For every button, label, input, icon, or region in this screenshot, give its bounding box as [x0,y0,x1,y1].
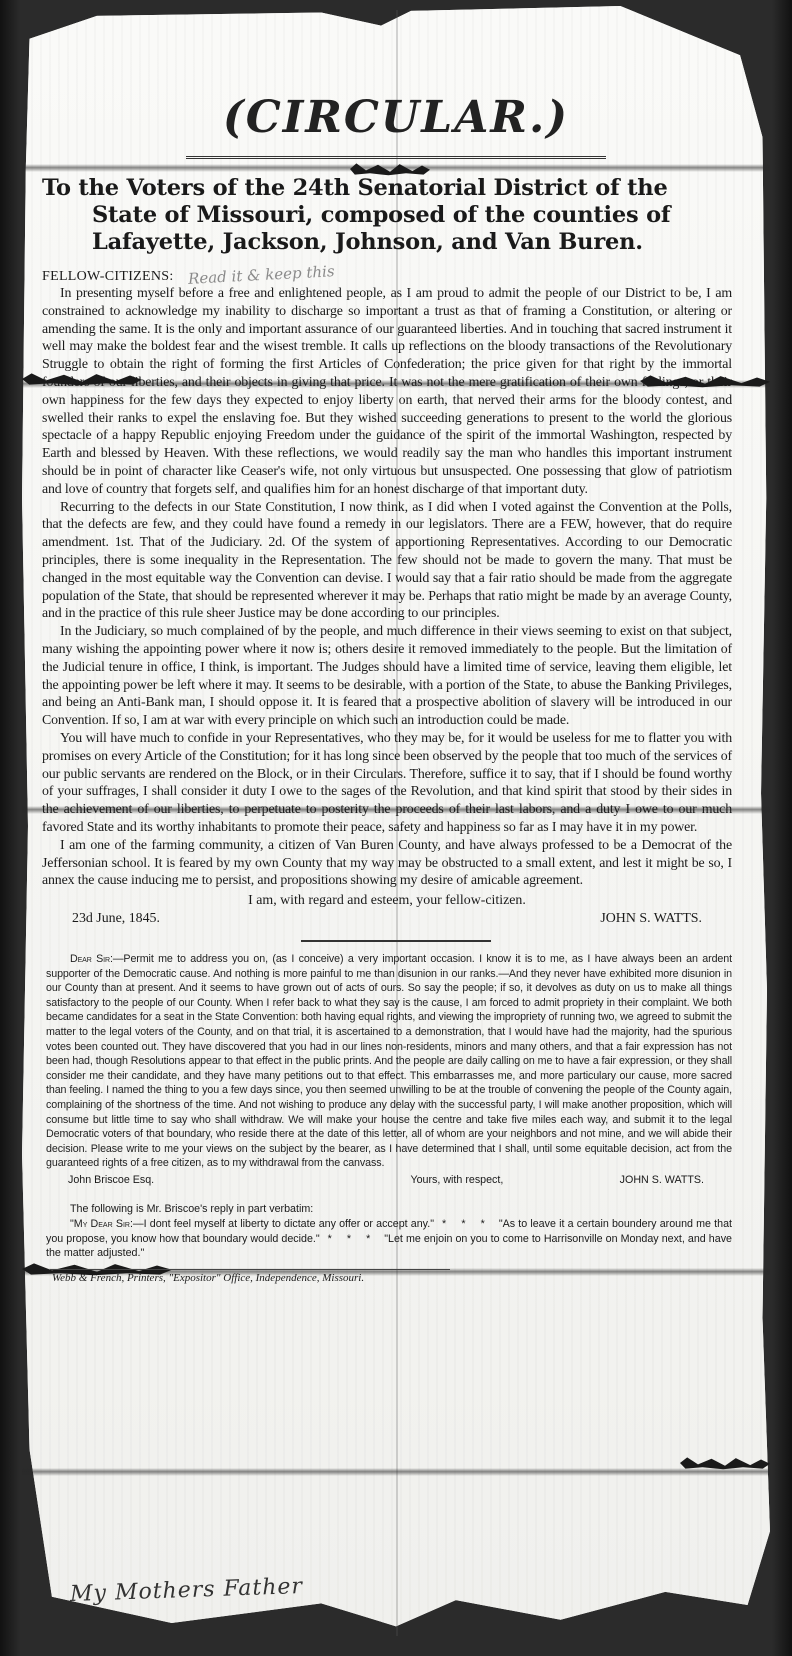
letter-addressee: John Briscoe Esq. [68,1173,154,1188]
circular-document: (CIRCULAR.) To the Voters of the 24th Se… [60,88,732,1284]
letter-body: —Permit me to address you on, (as I conc… [46,953,732,1169]
signature: JOHN S. WATTS. [600,910,702,928]
salutation-row: FELLOW-CITIZENS: Read it & keep this [42,266,732,285]
briscoe-reply: "My Dear Sir:—I dont feel myself at libe… [46,1217,732,1261]
letter-valediction: Yours, with respect, [410,1173,503,1188]
paragraph-intro: In presenting myself before a free and e… [42,285,732,499]
printer-rule [50,1269,450,1270]
letter-signature-row: John Briscoe Esq. Yours, with respect, J… [68,1173,704,1188]
title-rule [186,156,606,161]
reply-salutation: "My Dear Sir: [70,1218,133,1230]
letter-salutation: Dear Sir: [70,953,113,965]
ellipsis-stars: * * * [320,1233,385,1245]
document-title: (CIRCULAR.) [60,88,732,148]
headline: To the Voters of the 24th Senatorial Dis… [42,175,732,256]
ellipsis-stars: * * * [434,1218,499,1230]
reply-part-1: —I dont feel myself at liberty to dictat… [133,1218,434,1230]
handwritten-margin-note: Read it & keep this [187,262,334,288]
paragraph-judiciary: In the Judiciary, so much complained of … [42,623,732,730]
date: 23d June, 1845. [72,910,160,928]
section-rule [301,940,491,942]
printer-imprint: Webb & French, Printers, "Expositor" Off… [52,1272,732,1284]
paragraph-representatives: You will have much to confide in your Re… [42,730,732,837]
fold-line [22,1468,770,1476]
reply-intro: The following is Mr. Briscoe's reply in … [70,1202,732,1217]
letter-to-briscoe: Dear Sir:—Permit me to address you on, (… [46,952,732,1171]
salutation: FELLOW-CITIZENS: [42,269,174,285]
signature-row: 23d June, 1845. JOHN S. WATTS. [72,910,702,928]
letter-signature: JOHN S. WATTS. [620,1173,704,1188]
closing-line: I am, with regard and esteem, your fello… [42,892,732,910]
paragraph-defects: Recurring to the defects in our State Co… [42,499,732,624]
paragraph-farming-community: I am one of the farming community, a cit… [42,837,732,890]
